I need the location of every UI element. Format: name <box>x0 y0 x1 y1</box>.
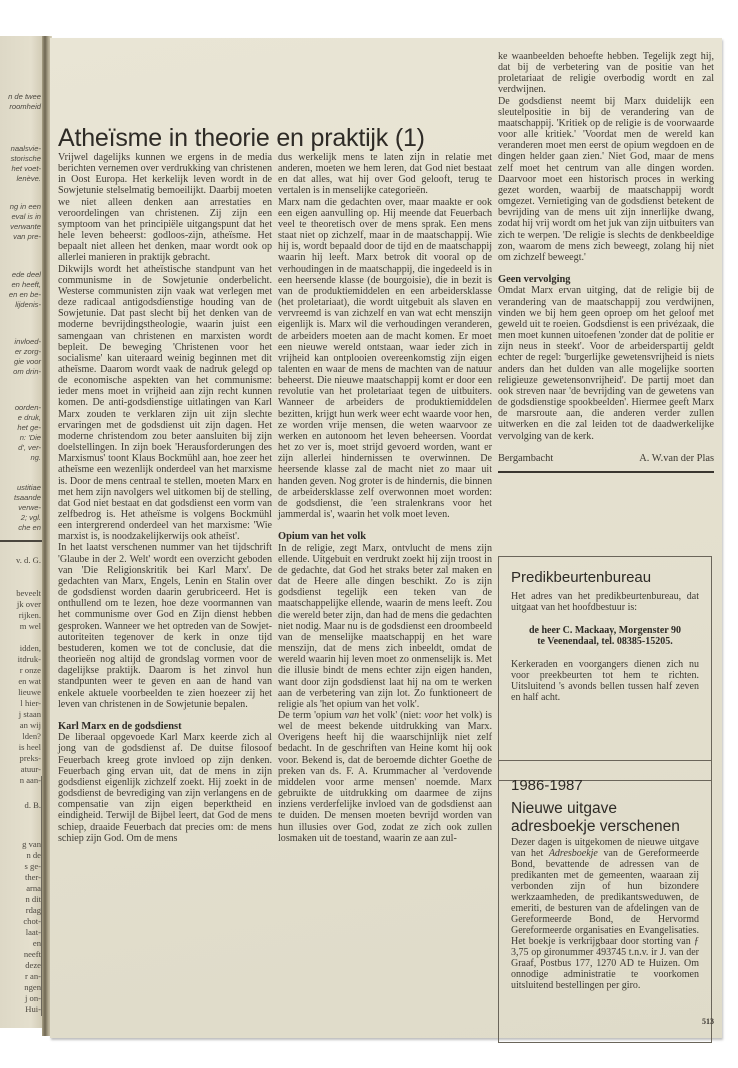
paragraph: In het laatst verschenen nummer van het … <box>58 542 272 709</box>
facing-page-text-fragment: verwe- <box>18 503 41 513</box>
paragraph: De term 'opium van het volk' (niet: voor… <box>278 710 492 844</box>
facing-page-text-fragment: n aan- <box>20 775 41 785</box>
facing-page-text-fragment: verwante <box>10 222 41 232</box>
text-run: het volk) is wel de meest bekende uitdru… <box>278 710 492 844</box>
facing-page-text-fragment: om drin- <box>13 367 41 377</box>
facing-page-text-fragment: idden, <box>20 643 41 653</box>
address-line: te Veenendaal, tel. 08385-15205. <box>537 636 673 647</box>
divider <box>0 540 44 542</box>
facing-page-text-fragment: oorden- <box>15 403 41 413</box>
facing-page-text-fragment: ther- <box>25 872 41 882</box>
facing-page-text-fragment: che en <box>18 523 41 533</box>
facing-page-text-fragment: neeft <box>24 949 41 959</box>
emphasis: voor <box>424 710 443 721</box>
facing-page-text-fragment: g van <box>22 839 41 849</box>
section-heading: Geen vervolging <box>498 274 714 286</box>
facing-page-text-fragment: er zorg- <box>15 347 41 357</box>
facing-page-text-fragment: is heel <box>19 742 41 752</box>
facing-page-text-fragment: itdruk- <box>18 654 41 664</box>
facing-page-text-fragment: v. d. G. <box>16 555 41 565</box>
facing-page-text-fragment: lieuwe <box>18 687 41 697</box>
facing-page-text-fragment: ngen <box>24 982 41 992</box>
facing-page-text-fragment: l hier- <box>20 698 41 708</box>
page-number: 513 <box>702 1017 714 1026</box>
facing-page-text-fragment: 2; vgl. <box>21 513 41 523</box>
facing-page-text-fragment: invloed- <box>14 337 41 347</box>
facing-page-text-fragment: preks- <box>20 753 41 763</box>
facing-page-text-fragment: rijken. <box>19 610 41 620</box>
article-column-2: dus werkelijk mens te laten zijn in rela… <box>278 152 492 844</box>
facing-page-text-fragment: s ge- <box>25 861 41 871</box>
magazine-page: Atheïsme in theorie en praktijk (1) Vrij… <box>50 38 722 1038</box>
paragraph: dus werkelijk mens te laten zijn in rela… <box>278 152 492 197</box>
facing-page-text-fragment: naalsvie- <box>11 144 41 154</box>
facing-page-text-fragment: e druk, <box>18 413 41 423</box>
paragraph: In de religie, zegt Marx, ontvlucht de m… <box>278 543 492 710</box>
facing-page-text-fragment: r an- <box>25 971 41 981</box>
box-title: Predikbeurtenbureau <box>511 569 699 587</box>
facing-page-text-fragment: storische <box>11 154 41 164</box>
facing-page-text-fragment: arna <box>26 883 41 893</box>
facing-page-edge: n de tweeroomheidnaalsvie-storischehet v… <box>0 36 44 1028</box>
author-signature: Bergambacht A. W.van der Plas <box>498 453 714 464</box>
facing-page-text-fragment: deze <box>25 960 41 970</box>
facing-page-text-fragment: beveelt <box>16 588 41 598</box>
facing-page-text-fragment: het ge- <box>17 423 41 433</box>
box-note: Kerkeraden en voorgangers dienen zich nu… <box>511 659 699 703</box>
paragraph: De liberaal opgevoede Karl Marx keerde z… <box>58 732 272 844</box>
facing-page-text-fragment: lden? <box>22 731 41 741</box>
text-run: het volk' (niet: <box>359 710 424 721</box>
paragraph: Omdat Marx ervan uitging, dat de religie… <box>498 285 714 441</box>
paragraph: Vrijwel dagelijks kunnen we ergens in de… <box>58 152 272 264</box>
facing-page-text-fragment: rdag <box>26 905 41 915</box>
facing-page-text-fragment: j on- <box>25 993 41 1003</box>
facing-page-text-fragment: tsaande <box>14 493 41 503</box>
facing-page-text-fragment: r onze <box>20 665 41 675</box>
box-intro: Het adres van het predikbeurtenbureau, d… <box>511 591 699 613</box>
address-line: de heer C. Mackaay, Morgenster 90 <box>529 625 681 636</box>
facing-page-text-fragment: roomheid <box>9 102 41 112</box>
section-heading: Karl Marx en de godsdienst <box>58 721 272 733</box>
facing-page-text-fragment: n dit <box>25 894 41 904</box>
facing-page-text-fragment: lijdenis- <box>15 300 41 310</box>
facing-page-text-fragment: j staan <box>19 709 41 719</box>
article-column-3: ke waanbeelden behoefte hebben. Tegelijk… <box>498 51 714 473</box>
facing-page-text-fragment: en heeft, <box>11 280 41 290</box>
emphasis: Adresboekje <box>549 848 598 859</box>
facing-page-text-fragment: n: 'Die <box>20 433 41 443</box>
predikbeurtenbureau-box: Predikbeurtenbureau Het adres van het pr… <box>498 556 712 781</box>
facing-page-text-fragment: laat- <box>26 927 41 937</box>
box-year: 1986-1987 <box>511 777 699 794</box>
facing-page-text-fragment: jk over <box>17 599 41 609</box>
article-title: Atheïsme in theorie en praktijk (1) <box>58 124 425 153</box>
box-body: Dezer dagen is uitgekomen de nieuwe uitg… <box>511 837 699 991</box>
facing-page-text-fragment: Hui- <box>25 1004 41 1014</box>
article-column-1: Vrijwel dagelijks kunnen we ergens in de… <box>58 152 272 844</box>
facing-page-text-fragment: atuur- <box>21 764 41 774</box>
facing-page-text-fragment: lenève. <box>17 174 42 184</box>
facing-page-text-fragment: eval is in <box>11 212 41 222</box>
facing-page-text-fragment: ng in een <box>10 202 41 212</box>
facing-page-text-fragment: het voet- <box>11 164 41 174</box>
section-heading: Opium van het volk <box>278 531 492 543</box>
paragraph: ke waanbeelden behoefte hebben. Tegelijk… <box>498 51 714 96</box>
facing-page-text-fragment: chot- <box>23 916 41 926</box>
facing-page-text-fragment: en <box>33 938 41 948</box>
facing-page-text-fragment: van pre- <box>13 232 41 242</box>
paragraph: Dikwijls wordt het atheïstische standpun… <box>58 264 272 543</box>
contact-address: de heer C. Mackaay, Morgenster 90te Veen… <box>511 625 699 647</box>
paragraph: Marx nam die gedachten over, maar maakte… <box>278 197 492 521</box>
facing-page-text-fragment: an wij <box>20 720 41 730</box>
signature-author: A. W.van der Plas <box>639 453 714 464</box>
box-title: Nieuwe uitgave adresboekje verschenen <box>511 800 699 835</box>
signature-place: Bergambacht <box>498 453 553 464</box>
emphasis: van <box>345 710 360 721</box>
facing-page-text-fragment: n de <box>26 850 41 860</box>
adresboekje-box: 1986-1987 Nieuwe uitgave adresboekje ver… <box>498 760 712 1043</box>
facing-page-text-fragment: ustitiae <box>17 483 41 493</box>
paragraph: De godsdienst neemt bij Marx duidelijk e… <box>498 96 714 263</box>
text-run: van de Gereformeerde Bond, bevattende de… <box>511 848 699 991</box>
divider <box>498 471 714 473</box>
facing-page-text-fragment: en wat <box>18 676 41 686</box>
facing-page-text-fragment: d. B. <box>25 800 41 810</box>
text-run: De term 'opium <box>278 710 345 721</box>
facing-page-text-fragment: d', ver- <box>18 443 41 453</box>
facing-page-text-fragment: gie voor <box>14 357 41 367</box>
facing-page-text-fragment: n de twee <box>8 92 41 102</box>
facing-page-text-fragment: en en be- <box>9 290 41 300</box>
facing-page-text-fragment: ede deel <box>12 270 41 280</box>
facing-page-text-fragment: ng. <box>30 453 41 463</box>
facing-page-text-fragment: m wel <box>20 621 41 631</box>
